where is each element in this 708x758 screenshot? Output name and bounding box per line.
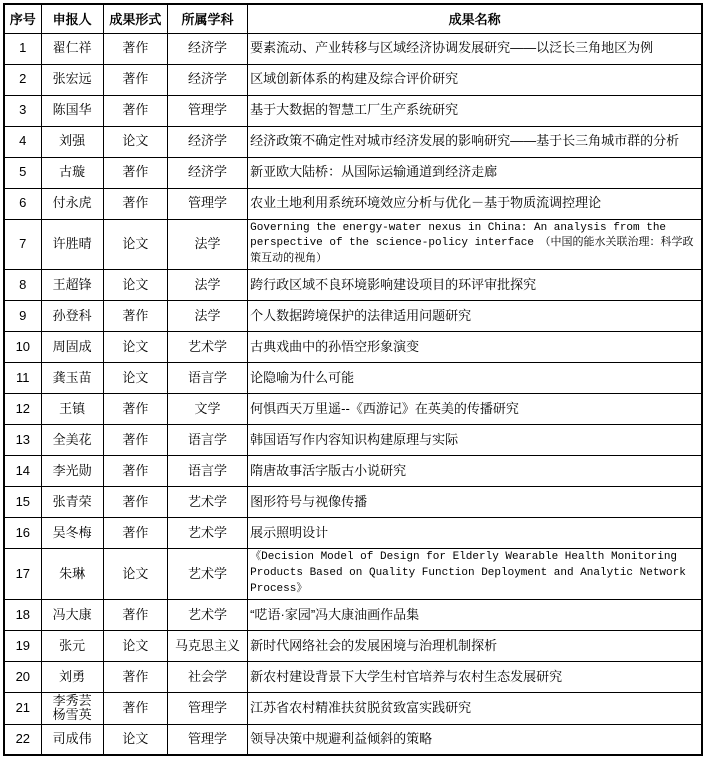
row-number-cell: 2 — [4, 64, 41, 95]
form-cell: 著作 — [103, 95, 167, 126]
table-row: 22司成伟论文管理学领导决策中规避利益倾斜的策略 — [4, 724, 702, 755]
row-number-cell: 14 — [4, 456, 41, 487]
table-row: 19张元论文马克思主义新时代网络社会的发展困境与治理机制探析 — [4, 631, 702, 662]
row-number-cell: 11 — [4, 363, 41, 394]
discipline-cell: 法学 — [167, 219, 247, 270]
header-cell-applicant: 申报人 — [41, 4, 103, 33]
table-row: 4刘强论文经济学经济政策不确定性对城市经济发展的影响研究——基于长三角城市群的分… — [4, 126, 702, 157]
discipline-cell: 艺术学 — [167, 549, 247, 600]
header-row: 序号 申报人 成果形式 所属学科 成果名称 — [4, 4, 702, 33]
applicant-cell: 周固成 — [41, 332, 103, 363]
applicant-cell: 王镇 — [41, 394, 103, 425]
discipline-cell: 社会学 — [167, 662, 247, 693]
form-cell: 著作 — [103, 64, 167, 95]
discipline-cell: 管理学 — [167, 693, 247, 725]
title-cell: 基于大数据的智慧工厂生产系统研究 — [248, 95, 702, 126]
table-row: 3陈国华著作管理学基于大数据的智慧工厂生产系统研究 — [4, 95, 702, 126]
applicant-cell: 王超锋 — [41, 270, 103, 301]
title-cell: 论隐喻为什么可能 — [248, 363, 702, 394]
title-cell: 隋唐故事活字版古小说研究 — [248, 456, 702, 487]
table-row: 11龚玉苗论文语言学论隐喻为什么可能 — [4, 363, 702, 394]
table-row: 2张宏远著作经济学区域创新体系的构建及综合评价研究 — [4, 64, 702, 95]
row-number-cell: 3 — [4, 95, 41, 126]
header-cell-no: 序号 — [4, 4, 41, 33]
title-cell: 个人数据跨境保护的法律适用问题研究 — [248, 301, 702, 332]
discipline-cell: 艺术学 — [167, 332, 247, 363]
form-cell: 论文 — [103, 219, 167, 270]
applicant-cell: 许胜晴 — [41, 219, 103, 270]
row-number-cell: 18 — [4, 600, 41, 631]
applicant-cell: 翟仁祥 — [41, 33, 103, 64]
title-cell: 展示照明设计 — [248, 518, 702, 549]
table-row: 20刘勇著作社会学新农村建设背景下大学生村官培养与农村生态发展研究 — [4, 662, 702, 693]
table-header: 序号 申报人 成果形式 所属学科 成果名称 — [4, 4, 702, 33]
applicant-cell: 全美花 — [41, 425, 103, 456]
title-cell: 新农村建设背景下大学生村官培养与农村生态发展研究 — [248, 662, 702, 693]
row-number-cell: 15 — [4, 487, 41, 518]
table-row: 6付永虎著作管理学农业土地利用系统环境效应分析与优化－基于物质流调控理论 — [4, 188, 702, 219]
title-cell: 跨行政区域不良环境影响建设项目的环评审批探究 — [248, 270, 702, 301]
row-number-cell: 8 — [4, 270, 41, 301]
title-cell: 韩国语写作内容知识构建原理与实际 — [248, 425, 702, 456]
form-cell: 著作 — [103, 301, 167, 332]
discipline-cell: 法学 — [167, 301, 247, 332]
row-number-cell: 13 — [4, 425, 41, 456]
applicant-cell: 刘强 — [41, 126, 103, 157]
form-cell: 著作 — [103, 157, 167, 188]
applicant-cell: 张宏远 — [41, 64, 103, 95]
title-cell: 图形符号与视像传播 — [248, 487, 702, 518]
discipline-cell: 艺术学 — [167, 487, 247, 518]
form-cell: 著作 — [103, 600, 167, 631]
form-cell: 著作 — [103, 487, 167, 518]
discipline-cell: 法学 — [167, 270, 247, 301]
table-row: 8王超锋论文法学跨行政区域不良环境影响建设项目的环评审批探究 — [4, 270, 702, 301]
row-number-cell: 6 — [4, 188, 41, 219]
table-body: 1翟仁祥著作经济学要素流动、产业转移与区域经济协调发展研究——以泛长三角地区为例… — [4, 33, 702, 755]
row-number-cell: 17 — [4, 549, 41, 600]
title-cell: 何惧西天万里遥--《西游记》在英美的传播研究 — [248, 394, 702, 425]
form-cell: 著作 — [103, 188, 167, 219]
form-cell: 论文 — [103, 549, 167, 600]
row-number-cell: 16 — [4, 518, 41, 549]
table-row: 21李秀芸 杨雪英著作管理学江苏省农村精准扶贫脱贫致富实践研究 — [4, 693, 702, 725]
row-number-cell: 5 — [4, 157, 41, 188]
row-number-cell: 22 — [4, 724, 41, 755]
applicant-cell: 司成伟 — [41, 724, 103, 755]
row-number-cell: 9 — [4, 301, 41, 332]
title-cell: 农业土地利用系统环境效应分析与优化－基于物质流调控理论 — [248, 188, 702, 219]
table-row: 1翟仁祥著作经济学要素流动、产业转移与区域经济协调发展研究——以泛长三角地区为例 — [4, 33, 702, 64]
discipline-cell: 管理学 — [167, 95, 247, 126]
applicant-cell: 冯大康 — [41, 600, 103, 631]
form-cell: 论文 — [103, 126, 167, 157]
discipline-cell: 经济学 — [167, 126, 247, 157]
table-row: 7许胜晴论文法学Governing the energy-water nexus… — [4, 219, 702, 270]
title-cell: 新亚欧大陆桥：从国际运输通道到经济走廊 — [248, 157, 702, 188]
form-cell: 论文 — [103, 631, 167, 662]
row-number-cell: 10 — [4, 332, 41, 363]
table-row: 15张青荣著作艺术学图形符号与视像传播 — [4, 487, 702, 518]
applicant-cell: 朱琳 — [41, 549, 103, 600]
achievements-table: 序号 申报人 成果形式 所属学科 成果名称 1翟仁祥著作经济学要素流动、产业转移… — [3, 3, 703, 756]
form-cell: 著作 — [103, 425, 167, 456]
title-cell: 江苏省农村精准扶贫脱贫致富实践研究 — [248, 693, 702, 725]
applicant-cell: 刘勇 — [41, 662, 103, 693]
discipline-cell: 艺术学 — [167, 600, 247, 631]
header-cell-title: 成果名称 — [248, 4, 702, 33]
row-number-cell: 7 — [4, 219, 41, 270]
applicant-cell: 陈国华 — [41, 95, 103, 126]
row-number-cell: 1 — [4, 33, 41, 64]
applicant-cell: 吴冬梅 — [41, 518, 103, 549]
discipline-cell: 经济学 — [167, 157, 247, 188]
applicant-cell: 孙登科 — [41, 301, 103, 332]
table-row: 10周固成论文艺术学古典戏曲中的孙悟空形象演变 — [4, 332, 702, 363]
table-row: 5古璇著作经济学新亚欧大陆桥：从国际运输通道到经济走廊 — [4, 157, 702, 188]
table-row: 9孙登科著作法学个人数据跨境保护的法律适用问题研究 — [4, 301, 702, 332]
title-cell: 区域创新体系的构建及综合评价研究 — [248, 64, 702, 95]
discipline-cell: 艺术学 — [167, 518, 247, 549]
discipline-cell: 语言学 — [167, 456, 247, 487]
discipline-cell: 马克思主义 — [167, 631, 247, 662]
title-cell: 新时代网络社会的发展困境与治理机制探析 — [248, 631, 702, 662]
applicant-cell: 张青荣 — [41, 487, 103, 518]
applicant-cell: 付永虎 — [41, 188, 103, 219]
form-cell: 著作 — [103, 394, 167, 425]
applicant-cell: 张元 — [41, 631, 103, 662]
title-cell: 要素流动、产业转移与区域经济协调发展研究——以泛长三角地区为例 — [248, 33, 702, 64]
page: 序号 申报人 成果形式 所属学科 成果名称 1翟仁祥著作经济学要素流动、产业转移… — [0, 0, 708, 758]
header-cell-form: 成果形式 — [103, 4, 167, 33]
title-cell: 《Decision Model of Design for Elderly We… — [248, 549, 702, 600]
title-cell: 经济政策不确定性对城市经济发展的影响研究——基于长三角城市群的分析 — [248, 126, 702, 157]
title-cell: 古典戏曲中的孙悟空形象演变 — [248, 332, 702, 363]
row-number-cell: 4 — [4, 126, 41, 157]
table-row: 18冯大康著作艺术学“呓语·家园”冯大康油画作品集 — [4, 600, 702, 631]
header-cell-discipline: 所属学科 — [167, 4, 247, 33]
discipline-cell: 管理学 — [167, 724, 247, 755]
discipline-cell: 经济学 — [167, 64, 247, 95]
discipline-cell: 语言学 — [167, 425, 247, 456]
form-cell: 论文 — [103, 363, 167, 394]
title-cell: Governing the energy-water nexus in Chin… — [248, 219, 702, 270]
row-number-cell: 19 — [4, 631, 41, 662]
title-cell: “呓语·家园”冯大康油画作品集 — [248, 600, 702, 631]
form-cell: 著作 — [103, 662, 167, 693]
row-number-cell: 20 — [4, 662, 41, 693]
form-cell: 论文 — [103, 270, 167, 301]
title-cell: 领导决策中规避利益倾斜的策略 — [248, 724, 702, 755]
table-row: 14李光勋著作语言学隋唐故事活字版古小说研究 — [4, 456, 702, 487]
row-number-cell: 12 — [4, 394, 41, 425]
discipline-cell: 管理学 — [167, 188, 247, 219]
applicant-cell: 古璇 — [41, 157, 103, 188]
form-cell: 论文 — [103, 724, 167, 755]
discipline-cell: 语言学 — [167, 363, 247, 394]
applicant-cell: 龚玉苗 — [41, 363, 103, 394]
form-cell: 著作 — [103, 518, 167, 549]
form-cell: 论文 — [103, 332, 167, 363]
discipline-cell: 文学 — [167, 394, 247, 425]
form-cell: 著作 — [103, 33, 167, 64]
applicant-cell: 李光勋 — [41, 456, 103, 487]
table-row: 17朱琳论文艺术学《Decision Model of Design for E… — [4, 549, 702, 600]
row-number-cell: 21 — [4, 693, 41, 725]
form-cell: 著作 — [103, 456, 167, 487]
form-cell: 著作 — [103, 693, 167, 725]
table-row: 16吴冬梅著作艺术学展示照明设计 — [4, 518, 702, 549]
discipline-cell: 经济学 — [167, 33, 247, 64]
table-row: 13全美花著作语言学韩国语写作内容知识构建原理与实际 — [4, 425, 702, 456]
table-row: 12王镇著作文学何惧西天万里遥--《西游记》在英美的传播研究 — [4, 394, 702, 425]
applicant-cell: 李秀芸 杨雪英 — [41, 693, 103, 725]
